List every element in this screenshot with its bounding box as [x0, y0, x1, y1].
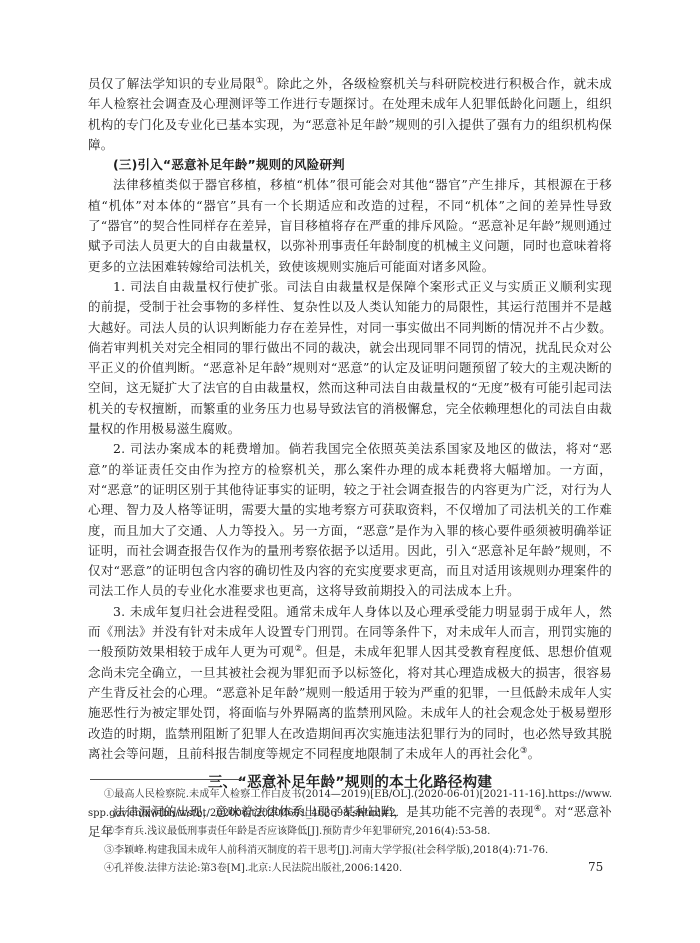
subsection-heading-risk-assessment: (三)引入“恶意补足年龄”规则的风险研判 [88, 155, 612, 175]
footnote-3: ③李颖峰.构建我国未成年人前科消灭制度的若干思考[J].河南大学学报(社会科学版… [88, 842, 612, 861]
document-page: 员仅了解法学知识的专业局限①。除此之外，各级检察机关与科研院校进行积极合作，就未… [0, 0, 700, 943]
footnote-2: ②李育兵.浅议最低刑事责任年龄是否应该降低[J].预防青少年犯罪研究,2016(… [88, 823, 612, 842]
footnote-ref-1: ① [256, 76, 264, 86]
footnote-ref-3: ③ [520, 746, 528, 756]
paragraph-reintegration-hindered: 3. 未成年复归社会进程受阻。通常未成年人身体以及心理承受能力明显弱于成年人，然… [88, 602, 612, 764]
paragraph-text: 。但是，未成年犯罪人因其受教育程度低、思想价值观念尚未完全确立，一旦其被社会视为… [88, 644, 612, 760]
paragraph-text: 。 [528, 746, 541, 761]
article-body: 员仅了解法学知识的专业局限①。除此之外，各级检察机关与科研院校进行积极合作，就未… [88, 74, 612, 843]
footnote-1: ①最高人民检察院.未成年人检察工作白皮书(2014—2019)[EB/OL].(… [88, 786, 612, 823]
page-number: 75 [588, 860, 603, 874]
paragraph-org-guarantee: 员仅了解法学知识的专业局限①。除此之外，各级检察机关与科研院校进行积极合作，就未… [88, 74, 612, 155]
paragraph-case-cost-increase: 2. 司法办案成本的耗费增加。倘若我国完全依照英美法系国家及地区的做法，将对“恶… [88, 439, 612, 601]
paragraph-text: 员仅了解法学知识的专业局限 [88, 76, 256, 91]
footnotes-section: ①最高人民检察院.未成年人检察工作白皮书(2014—2019)[EB/OL].(… [88, 779, 612, 879]
paragraph-legal-transplant: 法律移植类似于器官移植，移植“机体”很可能会对其他“器官”产生排斥，其根源在于移… [88, 175, 612, 276]
footnote-4: ④孔祥俊.法律方法论:第3卷[M].北京:人民法院出版社,2006:1420. [88, 860, 612, 879]
footnote-separator [90, 779, 242, 780]
footnote-ref-2: ② [294, 644, 302, 654]
paragraph-discretion-expansion: 1. 司法自由裁量权行使扩张。司法自由裁量权是保障个案形式正义与实质正义顺利实现… [88, 277, 612, 439]
